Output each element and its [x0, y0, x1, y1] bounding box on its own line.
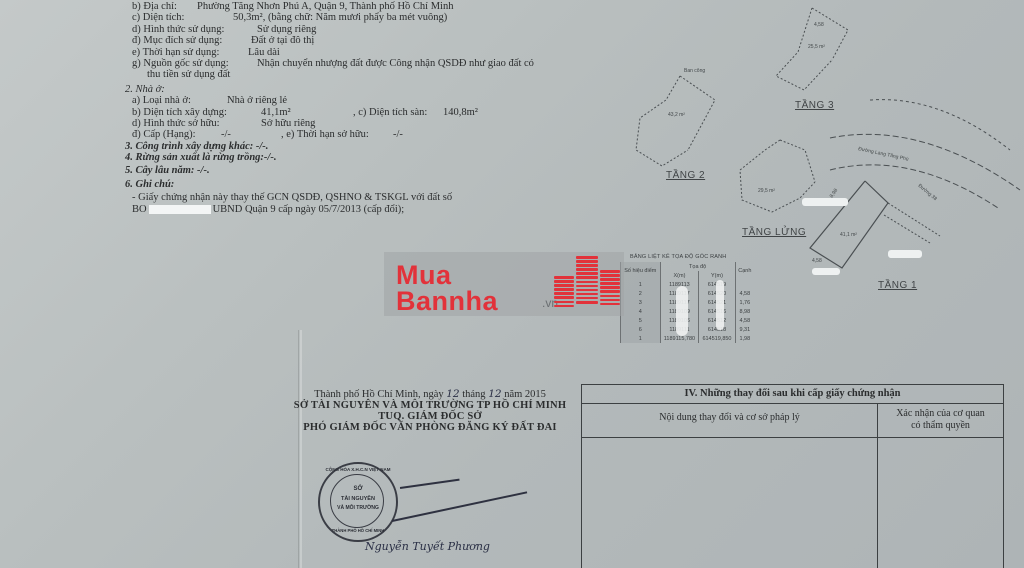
land-info: b) Địa chỉ: Phường Tăng Nhơn Phú A, Quận…	[115, 0, 595, 215]
col-y: Y(m)	[699, 271, 735, 280]
building-icon	[554, 276, 574, 309]
changes-col-confirmation: Xác nhận của cơ quan có thẩm quyền	[878, 404, 1003, 437]
signer-name: Nguyễn Tuyết Phương	[365, 540, 490, 553]
grade-label: đ) Cấp (Hạng):	[132, 129, 196, 140]
col-point: Số hiệu điểm	[621, 262, 661, 280]
date-prefix: Thành phố Hồ Chí Minh, ngày	[314, 389, 444, 400]
changes-title: IV. Những thay đổi sau khi cấp giấy chứn…	[582, 385, 1003, 404]
signer-title: PHÓ GIÁM ĐỐC VĂN PHÒNG ĐĂNG KÝ ĐẤT ĐAI	[270, 422, 590, 433]
stamp-bottom-text: THÀNH PHỐ HỒ CHÍ MINH	[320, 528, 396, 533]
ownership-label: d) Hình thức sở hữu:	[132, 118, 220, 129]
street-name: Đường 38	[917, 183, 938, 202]
address-value: Phường Tăng Nhơn Phú A, Quận 9, Thành ph…	[197, 1, 453, 12]
floor1-area: 41,1 m²	[840, 232, 857, 238]
note-book-prefix: BO	[132, 204, 147, 215]
date-year-word: năm	[504, 389, 522, 400]
date-month-word: tháng	[462, 389, 485, 400]
issue-date: Thành phố Hồ Chí Minh, ngày 12 tháng 12 …	[270, 388, 590, 400]
term-label: e) Thời hạn sử dụng:	[132, 47, 219, 58]
stamp-line-3: VÀ MÔI TRƯỜNG	[320, 505, 396, 511]
grade-value: -/-	[221, 129, 231, 140]
building-icon	[576, 256, 598, 305]
stamp-line-1: SỞ	[320, 486, 396, 492]
col2-line-1: Xác nhận của cơ quan	[878, 408, 1003, 420]
floor3-area: 25,5 m²	[808, 44, 825, 50]
notes-heading: 6. Ghi chú:	[125, 179, 174, 190]
own-term-label: , e) Thời hạn sở hữu:	[281, 129, 369, 140]
paper-fold	[300, 330, 302, 568]
floor2-label: TẦNG 2	[666, 170, 705, 181]
redacted-mark	[812, 268, 840, 275]
authorization-line: TUQ. GIÁM ĐỐC SỞ	[270, 411, 590, 422]
origin-value: Nhận chuyển nhượng đất được Công nhận QS…	[257, 58, 534, 69]
changes-col-content: Nội dung thay đổi và cơ sở pháp lý	[582, 404, 878, 437]
purpose-value: Đất ở tại đô thị	[251, 35, 314, 46]
ownership-value: Sở hữu riêng	[261, 118, 315, 129]
note-issuer: UBND Quận 9 cấp ngày 05/7/2013 (cấp đổi)…	[213, 204, 405, 215]
other-works: 3. Công trình xây dựng khác: -/-.	[125, 141, 268, 152]
logo-word-2: Bannha	[396, 288, 498, 315]
house-type-label: a) Loại nhà ở:	[132, 95, 191, 106]
built-area-label: b) Diện tích xây dựng:	[132, 107, 227, 118]
redacted-number	[149, 205, 211, 214]
note-line-1: - Giấy chứng nhận này thay thế GCN QSDĐ,…	[132, 192, 452, 203]
floor-area-label: , c) Diện tích sàn:	[353, 107, 427, 118]
mezzanine-label: TẦNG LỬNG	[742, 227, 806, 238]
coord-row: 11189115,780614519,8501,98	[621, 334, 755, 343]
watermark-logo: Mua Bannha .vn	[384, 252, 624, 316]
mezz-area: 29,5 m²	[758, 188, 775, 194]
redacted-mark	[716, 280, 724, 330]
date-month: 12	[488, 388, 501, 400]
origin-value-cont: thu tiền sử dụng đất	[147, 69, 230, 80]
signature-stroke	[400, 479, 460, 489]
col2-line-2: có thẩm quyền	[878, 420, 1003, 432]
logo-word-1: Mua	[396, 262, 452, 289]
col-coord: Tọa độ	[660, 262, 735, 271]
road-name: Đường Lang Tăng Phú	[858, 146, 910, 163]
area-label: c) Diện tích:	[132, 12, 184, 23]
floor3-dim: 4,58	[814, 22, 824, 28]
purpose-label: đ) Mục đích sử dụng:	[132, 35, 222, 46]
use-form-label: d) Hình thức sử dụng:	[132, 24, 224, 35]
coordinate-table-title: BẢNG LIỆT KÊ TỌA ĐỘ GÓC RANH	[630, 254, 726, 260]
floor-area-value: 140,8m²	[443, 107, 478, 118]
col-x: X(m)	[660, 271, 699, 280]
term-value: Lâu dài	[248, 47, 280, 58]
date-year: 2015	[525, 389, 546, 400]
coord-row: 11189113614519	[621, 280, 755, 289]
own-term-value: -/-	[393, 129, 403, 140]
building-icon	[600, 270, 620, 307]
redacted-mark	[802, 198, 848, 206]
perennial: 5. Cây lâu năm: -/-.	[125, 165, 210, 176]
issuing-department: SỞ TÀI NGUYÊN VÀ MÔI TRƯỜNG TP HỒ CHÍ MI…	[270, 400, 590, 411]
redacted-mark	[888, 250, 922, 258]
floor1-label: TẦNG 1	[878, 280, 917, 291]
area-value: 50,3m², (bằng chữ: Năm mươi phẩy ba mét …	[233, 12, 447, 23]
col-edge: Cạnh	[735, 262, 754, 280]
note-line-2: BOUBND Quận 9 cấp ngày 05/7/2013 (cấp đổ…	[132, 204, 404, 215]
floor2-area: 43,2 m²	[668, 112, 685, 118]
floor1-dim-a: 4,58	[812, 258, 822, 264]
column-divider	[877, 437, 878, 568]
floor2-balcony: Ban công	[684, 68, 705, 74]
changes-table: IV. Những thay đổi sau khi cấp giấy chứn…	[581, 384, 1004, 568]
floor3-label: TẦNG 3	[795, 100, 834, 111]
built-area-value: 41,1m²	[261, 107, 291, 118]
house-type-value: Nhà ở riêng lẻ	[227, 95, 287, 106]
date-day: 12	[446, 388, 459, 400]
signature-block: Thành phố Hồ Chí Minh, ngày 12 tháng 12 …	[270, 388, 590, 433]
stamp-top-text: CỘNG HÒA X.H.C.N VIỆT NAM	[320, 467, 396, 472]
stamp-line-2: TÀI NGUYÊN	[320, 496, 396, 502]
signature-stroke	[392, 491, 527, 521]
use-form-value: Sử dụng riêng	[257, 24, 316, 35]
official-stamp: CỘNG HÒA X.H.C.N VIỆT NAM SỞ TÀI NGUYÊN …	[318, 462, 398, 542]
address-label: b) Địa chỉ:	[132, 1, 177, 12]
house-heading: 2. Nhà ở:	[125, 84, 165, 95]
origin-label: g) Nguồn gốc sử dụng:	[132, 58, 229, 69]
forest: 4. Rừng sản xuất là rừng trồng:-/-.	[125, 152, 276, 163]
redacted-mark	[676, 286, 688, 336]
paper-fold-shadow	[298, 330, 299, 568]
